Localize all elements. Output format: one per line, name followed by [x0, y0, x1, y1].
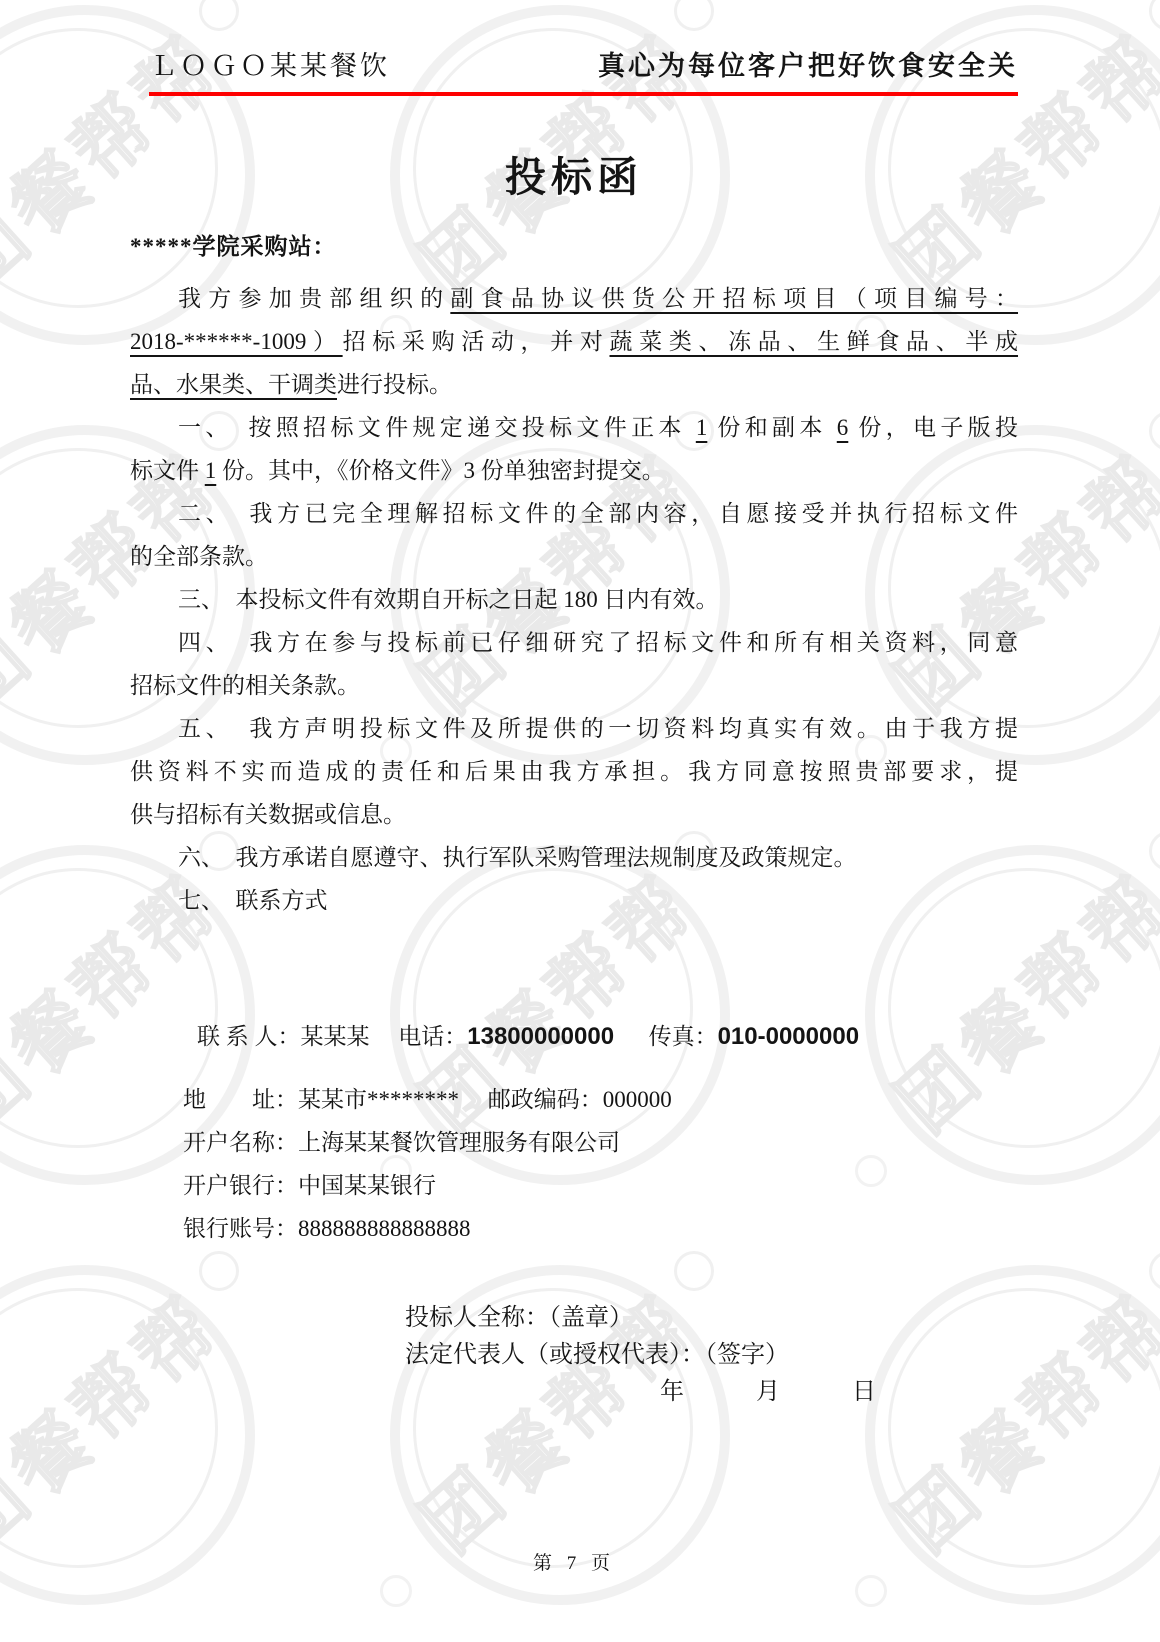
date-line: 年 月 日	[660, 1374, 876, 1411]
watermark-circle	[380, 1575, 412, 1607]
text-segment: 副食品协议供货公开招标项目（项目编号：	[450, 286, 1018, 311]
text-segment: 份，电子版投	[848, 415, 1018, 440]
text-segment: 品、水果类、干调类	[130, 372, 337, 397]
watermark-circle	[855, 1575, 887, 1607]
salutation: *****学院采购站：	[130, 228, 337, 261]
text-segment: 电话：	[370, 1024, 468, 1049]
text-segment: 六、 我方承诺自愿遵守、执行军队采购管理法规制度及政策规定。	[178, 845, 857, 870]
body-line: 一、 按照招标文件规定递交投标文件正本 1 份和副本 6 份，电子版投	[130, 406, 1018, 449]
watermark-circle	[0, 1288, 218, 1568]
text-segment: 四、 我方在参与投标前已仔细研究了招标文件和所有相关资料，同意	[178, 630, 1018, 655]
body-line: 六、 我方承诺自愿遵守、执行军队采购管理法规制度及政策规定。	[130, 836, 1018, 879]
text-segment: 供资料不实而造成的责任和后果由我方承担。我方同意按照贵部要求，提	[130, 759, 1018, 784]
body-line: 招标文件的相关条款。	[130, 664, 1018, 707]
watermark-circle	[1149, 0, 1160, 31]
text-segment: 份。其中，《价格文件》3 份单独密封提交。	[216, 458, 665, 483]
body-line: 七、 联系方式	[130, 879, 1018, 922]
text-segment: 二、 我方已完全理解招标文件的全部内容，自愿接受并执行招标文件	[178, 501, 1018, 526]
header-divider-rule	[149, 92, 1018, 96]
text-segment: 13800000000	[467, 1023, 614, 1050]
text-segment: 1	[696, 415, 708, 440]
text-segment: 招标文件的相关条款。	[130, 673, 360, 698]
watermark-circle	[199, 0, 239, 31]
address-block: 地 址：某某市******** 邮政编码：000000开户名称：上海某某餐饮管理…	[183, 1078, 672, 1250]
legal-representative-line: 法定代表人（或授权代表）：（签字）	[405, 1337, 876, 1374]
watermark-circle	[855, 1155, 887, 1187]
text-segment: 传真：	[614, 1024, 718, 1049]
text-segment: 2018-******-1009）	[130, 329, 343, 354]
text-segment: 三、 本投标文件有效期自开标之日起 180 日内有效。	[178, 587, 719, 612]
watermark-tile: 团餐帮帮	[360, 1235, 760, 1635]
watermark-circle	[674, 0, 714, 31]
watermark-circle	[888, 1288, 1160, 1568]
signature-block: 投标人全称：（盖章） 法定代表人（或授权代表）：（签字） 年 月 日	[405, 1300, 876, 1411]
text-segment: 份和副本	[707, 415, 836, 440]
text-segment: 我方参加贵部组织的	[178, 286, 450, 311]
page-number: 第 7 页	[130, 1548, 1018, 1575]
text-segment: 1	[205, 458, 217, 483]
text-segment: 6	[837, 415, 849, 440]
body-line: 五、 我方声明投标文件及所提供的一切资料均真实有效。由于我方提	[130, 707, 1018, 750]
address-line: 开户名称：上海某某餐饮管理服务有限公司	[183, 1121, 672, 1164]
document-body: 我方参加贵部组织的副食品协议供货公开招标项目（项目编号：2018-******-…	[130, 277, 1018, 922]
document-title: 投标函	[130, 144, 1018, 203]
body-line: 的全部条款。	[130, 535, 1018, 578]
bidder-name-line: 投标人全称：（盖章）	[405, 1300, 876, 1337]
text-segment: 七、 联系方式	[178, 888, 328, 913]
text-segment: 联 系 人：某某某	[197, 1024, 370, 1049]
watermark-text: 团餐帮帮	[0, 1255, 268, 1595]
watermark-circle	[1149, 831, 1160, 871]
header-slogan: 真心为每位客户把好饮食安全关	[598, 44, 1018, 83]
address-line: 银行账号：888888888888888	[183, 1207, 672, 1250]
address-line: 地 址：某某市******** 邮政编码：000000	[183, 1078, 672, 1121]
body-line: 我方参加贵部组织的副食品协议供货公开招标项目（项目编号：	[130, 277, 1018, 320]
body-line: 二、 我方已完全理解招标文件的全部内容，自愿接受并执行招标文件	[130, 492, 1018, 535]
watermark-tile: 团餐帮帮	[835, 1235, 1160, 1635]
body-line: 四、 我方在参与投标前已仔细研究了招标文件和所有相关资料，同意	[130, 621, 1018, 664]
text-segment: 标文件	[130, 458, 205, 483]
body-line: 供与招标有关数据或信息。	[130, 793, 1018, 836]
text-segment: 五、 我方声明投标文件及所提供的一切资料均真实有效。由于我方提	[178, 716, 1018, 741]
page-header: ＬＯＧＯ某某餐饮 真心为每位客户把好饮食安全关	[150, 44, 1018, 83]
text-segment: 一、 按照招标文件规定递交投标文件正本	[178, 415, 696, 440]
body-line: 标文件 1 份。其中，《价格文件》3 份单独密封提交。	[130, 449, 1018, 492]
address-line: 开户银行：中国某某银行	[183, 1164, 672, 1207]
body-line: 供资料不实而造成的责任和后果由我方承担。我方同意按照贵部要求，提	[130, 750, 1018, 793]
text-segment: 的全部条款。	[130, 544, 268, 569]
text-segment: 招标采购活动，并对	[343, 329, 610, 354]
watermark-circle	[199, 1251, 239, 1291]
watermark-circle	[1149, 411, 1160, 451]
body-line: 三、 本投标文件有效期自开标之日起 180 日内有效。	[130, 578, 1018, 621]
watermark-circle	[674, 1251, 714, 1291]
body-line: 品、水果类、干调类进行投标。	[130, 363, 1018, 406]
text-segment: 蔬菜类、冻品、生鲜食品、半成	[610, 329, 1019, 354]
text-segment: 进行投标。	[337, 372, 452, 397]
contact-line: 联 系 人：某某某 电话：13800000000 传真：010-0000000	[197, 1015, 859, 1058]
body-line: 2018-******-1009）招标采购活动，并对蔬菜类、冻品、生鲜食品、半成	[130, 320, 1018, 363]
watermark-circle	[1149, 1251, 1160, 1291]
company-logo: ＬＯＧＯ某某餐饮	[150, 44, 390, 83]
watermark-tile: 团餐帮帮	[0, 1235, 285, 1635]
watermark-text: 团餐帮帮	[852, 1255, 1160, 1595]
text-segment: 供与招标有关数据或信息。	[130, 802, 406, 827]
text-segment: 010-0000000	[718, 1023, 859, 1050]
document-page: 团餐帮帮团餐帮帮团餐帮帮团餐帮帮团餐帮帮团餐帮帮团餐帮帮团餐帮帮团餐帮帮团餐帮帮…	[0, 0, 1160, 1642]
